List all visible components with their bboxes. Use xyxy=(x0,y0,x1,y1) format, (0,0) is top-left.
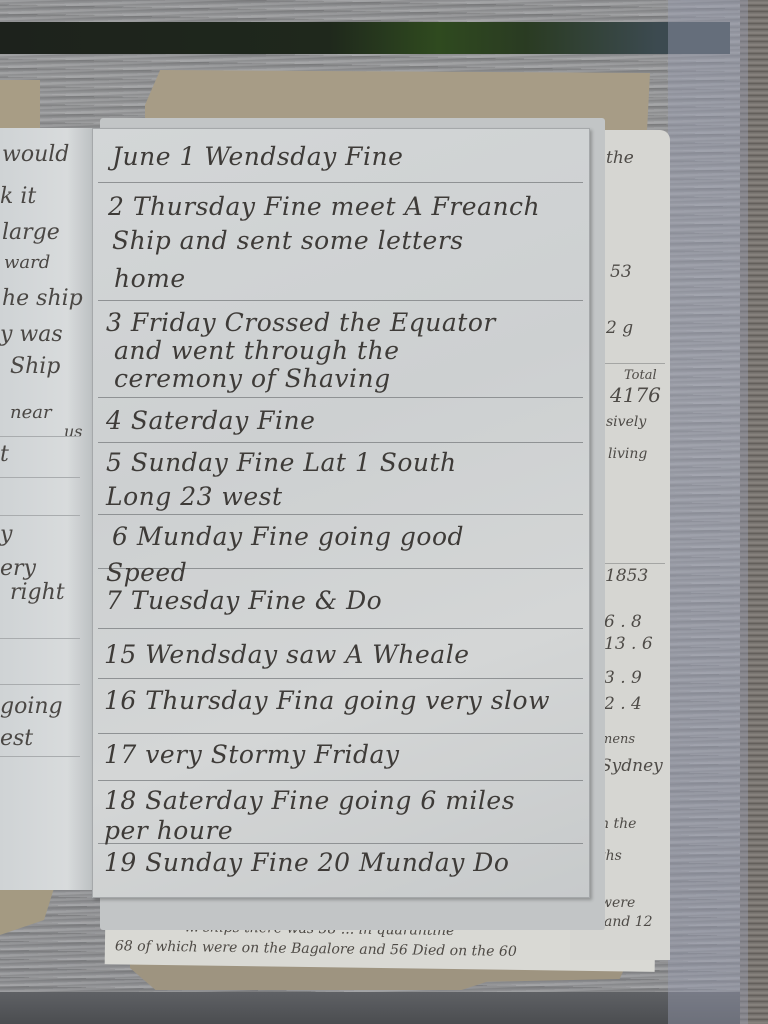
back-fragment: were xyxy=(600,895,635,911)
left-fragment: t xyxy=(0,442,9,467)
diary-line: Speed xyxy=(106,558,187,587)
page-rule xyxy=(98,182,583,183)
back-rule xyxy=(600,363,665,364)
diary-line: ceremony of Shaving xyxy=(114,364,391,393)
page-rule xyxy=(98,628,583,629)
back-fragment: 13 . 6 xyxy=(604,634,653,654)
diary-line: 15 Wendsday saw A Wheale xyxy=(104,640,470,669)
diary-line: 2 Thursday Fine meet A Freanch xyxy=(108,192,540,221)
back-fragment: Total xyxy=(624,368,657,383)
back-rule xyxy=(600,563,665,564)
back-fragment: mens xyxy=(600,732,635,747)
back-fragment: living xyxy=(608,446,647,462)
left-fragment: y was xyxy=(0,322,63,347)
left-fragment: us xyxy=(64,422,83,441)
left-rule xyxy=(0,684,80,685)
left-rule xyxy=(0,638,80,639)
left-fragment: ward xyxy=(4,252,50,273)
diary-line: 4 Saterday Fine xyxy=(106,406,315,435)
glass-reflection xyxy=(668,0,748,1024)
page-rule xyxy=(98,442,583,443)
left-fragment: would xyxy=(2,142,69,167)
slip-line-2: 68 of which were on the Bagalore and 56 … xyxy=(115,938,517,960)
diary-line: 3 Friday Crossed the Equator xyxy=(106,308,496,337)
diary-line: home xyxy=(114,264,186,293)
diary-line: Ship and sent some letters xyxy=(112,226,464,255)
diary-line: 16 Thursday Fina going very slow xyxy=(104,686,550,715)
left-fragment: near xyxy=(10,402,52,423)
diary-line: Long 23 west xyxy=(106,482,283,511)
left-fragment: k it xyxy=(0,184,36,209)
left-fragment: going xyxy=(0,694,63,719)
page-rule xyxy=(98,780,583,781)
page-rule xyxy=(98,514,583,515)
page-rule xyxy=(98,397,583,398)
diary-line: 6 Munday Fine going good xyxy=(112,522,464,551)
left-fragment: he ship xyxy=(2,286,83,311)
page-rule xyxy=(98,733,583,734)
back-fragment: sively xyxy=(606,414,646,430)
back-fragment: and 12 xyxy=(604,914,653,930)
page-rule xyxy=(98,300,583,301)
left-rule xyxy=(0,436,80,437)
back-fragment: 4176 xyxy=(610,383,661,407)
diary-line: 18 Saterday Fine going 6 miles xyxy=(104,786,515,815)
wood-gap-bottom xyxy=(0,992,768,1024)
left-fragment: y xyxy=(0,522,12,547)
back-fragment: the xyxy=(606,148,634,168)
back-fragment: 1853 xyxy=(605,566,648,586)
wood-gap-top xyxy=(0,22,730,54)
diary-line: June 1 Wendsday Fine xyxy=(112,142,403,171)
diary-line: per houre xyxy=(104,816,233,845)
page-rule xyxy=(98,678,583,679)
back-fragment: 2 g xyxy=(606,318,633,338)
diary-line: 5 Sunday Fine Lat 1 South xyxy=(106,448,457,477)
back-fragment: 53 xyxy=(610,262,632,282)
diary-line: 19 Sunday Fine 20 Munday Do xyxy=(104,848,509,877)
back-fragment: 3 . 9 xyxy=(604,668,642,688)
back-fragment: 2 . 4 xyxy=(604,694,642,714)
left-rule xyxy=(0,477,80,478)
left-fragment: Ship xyxy=(10,354,60,379)
back-fragment: 6 . 8 xyxy=(604,612,642,632)
left-fragment: large xyxy=(2,220,60,245)
diary-line: 7 Tuesday Fine & Do xyxy=(106,586,382,615)
diary-line: 17 very Stormy Friday xyxy=(104,740,399,769)
left-fragment: right xyxy=(10,580,65,605)
left-fragment: est xyxy=(0,726,33,751)
left-rule xyxy=(0,756,80,757)
left-rule xyxy=(0,515,80,516)
back-fragment: n the xyxy=(600,816,636,832)
left-fragment: ery xyxy=(0,556,36,581)
diary-line: and went through the xyxy=(114,336,400,365)
back-fragment: Sydney xyxy=(600,756,663,776)
